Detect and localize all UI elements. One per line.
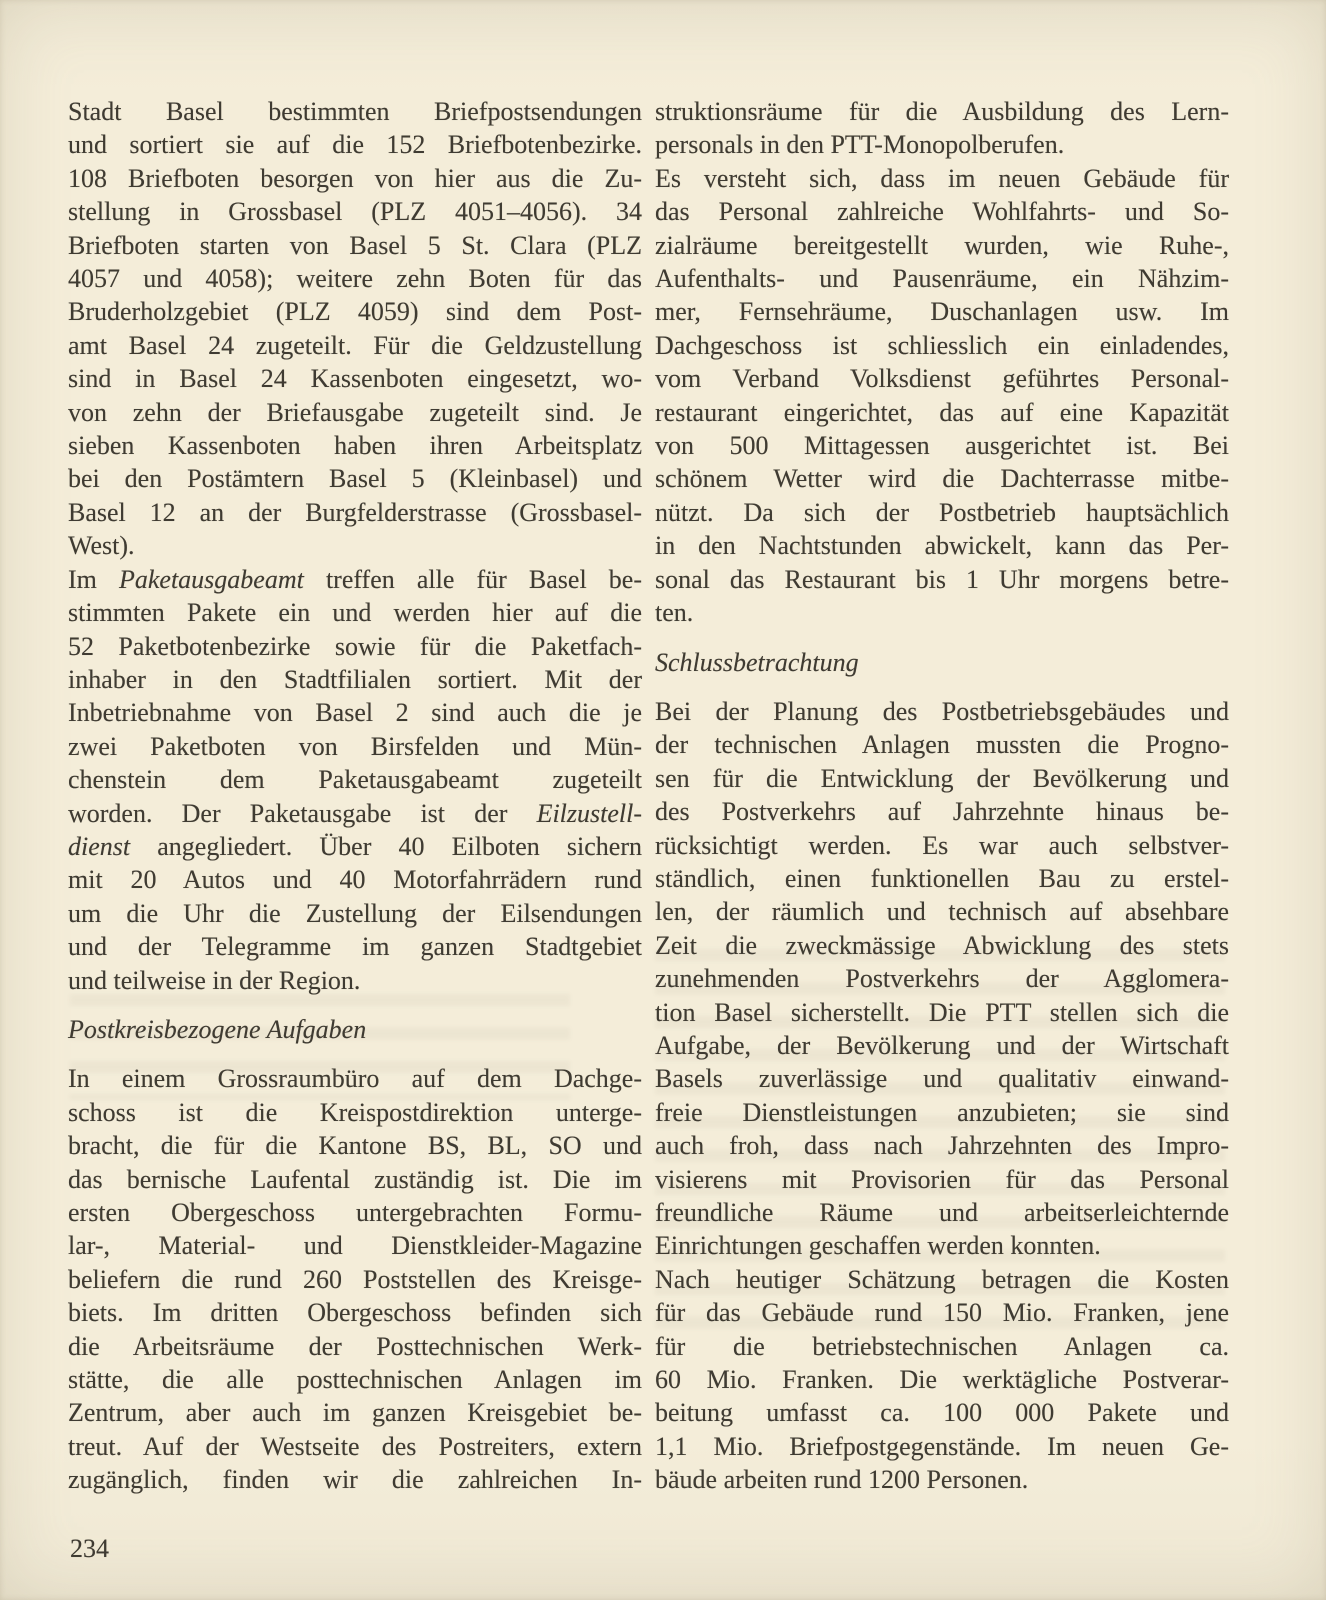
text-run: zwei Paketboten von Birsfelden und Mün- [68, 732, 642, 761]
section-heading: Postkreisbezogene Aufgaben [68, 1013, 642, 1046]
text-line: visierens mit Provisorien für das Person… [655, 1163, 1229, 1196]
text-line: zwei Paketboten von Birsfelden und Mün- [68, 730, 642, 763]
text-line: Bei der Planung des Postbetriebsgebäudes… [655, 695, 1229, 728]
text-run: in den Nachtstunden abwickelt, kann das … [655, 531, 1229, 560]
text-run: für das Gebäude rund 150 Mio. Franken, j… [655, 1298, 1229, 1327]
text-run: stellung in Grossbasel (PLZ 4051–4056). … [68, 197, 642, 226]
text-line: beliefern die rund 260 Poststellen des K… [68, 1263, 642, 1296]
text-run: 108 Briefboten besorgen von hier aus die… [68, 164, 642, 193]
text-line: dienst angegliedert. Über 40 Eilboten si… [68, 830, 642, 863]
text-run: auch froh, dass nach Jahrzehnten des Imp… [655, 1131, 1229, 1160]
text-line: West). [68, 529, 642, 562]
text-line: stätte, die alle posttechnischen Anlagen… [68, 1363, 642, 1396]
text-run: ten. [655, 598, 693, 627]
text-run: worden. Der Paketausgabe ist der [68, 799, 537, 828]
text-run: Im [68, 565, 119, 594]
text-line: inhaber in den Stadtfilialen sortiert. M… [68, 663, 642, 696]
text-run: Dachgeschoss ist schliesslich ein einlad… [655, 331, 1229, 360]
text-line: Bruderholzgebiet (PLZ 4059) sind dem Pos… [68, 295, 642, 328]
text-line: amt Basel 24 zugeteilt. Für die Geldzust… [68, 329, 642, 362]
book-page: Stadt Basel bestimmten Briefpostsendunge… [0, 0, 1326, 1600]
text-line: Im Paketausgabeamt treffen alle für Base… [68, 563, 642, 596]
text-run: des Postverkehrs auf Jahrzehnte hinaus b… [655, 797, 1229, 826]
text-run: bäude arbeiten rund 1200 Personen. [655, 1465, 1028, 1494]
text-run: Bei der Planung des Postbetriebsgebäudes… [655, 697, 1229, 726]
text-line: die Arbeitsräume der Posttechnischen Wer… [68, 1330, 642, 1363]
text-run: und teilweise in der Region. [68, 966, 360, 995]
text-run: Aufenthalts- und Pausenräume, ein Nähzim… [655, 264, 1229, 293]
text-line: Nach heutiger Schätzung betragen die Kos… [655, 1263, 1229, 1296]
text-run: restaurant eingerichtet, das auf eine Ka… [655, 398, 1229, 427]
section-heading: Schlussbetrachtung [655, 646, 1229, 679]
page-number: 234 [70, 1532, 109, 1565]
text-line: freundliche Räume und arbeitserleichtern… [655, 1196, 1229, 1229]
text-line: und teilweise in der Region. [68, 964, 642, 997]
text-line: chenstein dem Paketausgabeamt zugeteilt [68, 763, 642, 796]
text-run: von zehn der Briefausgabe zugeteilt sind… [68, 398, 642, 427]
text-run: zunehmenden Postverkehrs der Agglomera- [655, 964, 1229, 993]
text-run: stimmten Pakete ein und werden hier auf … [68, 598, 642, 627]
text-line: 4057 und 4058); weitere zehn Boten für d… [68, 262, 642, 295]
italic-run: dienst [68, 832, 130, 861]
text-run: personals in den PTT-Monopolberufen. [655, 130, 1064, 159]
text-run: beliefern die rund 260 Poststellen des K… [68, 1265, 642, 1294]
text-line: bäude arbeiten rund 1200 Personen. [655, 1463, 1229, 1496]
text-run: ersten Obergeschoss untergebrachten Form… [68, 1198, 642, 1227]
text-run: treut. Auf der Westseite des Postreiters… [68, 1432, 642, 1461]
text-run: schoss ist die Kreispostdirektion unterg… [68, 1098, 642, 1127]
text-line: Einrichtungen geschaffen werden konnten. [655, 1229, 1229, 1262]
text-line: sonal das Restaurant bis 1 Uhr morgens b… [655, 563, 1229, 596]
text-line: Es versteht sich, dass im neuen Gebäude … [655, 162, 1229, 195]
text-run: sonal das Restaurant bis 1 Uhr morgens b… [655, 565, 1229, 594]
text-line: Stadt Basel bestimmten Briefpostsendunge… [68, 95, 642, 128]
text-line: schoss ist die Kreispostdirektion unterg… [68, 1096, 642, 1129]
text-line: stimmten Pakete ein und werden hier auf … [68, 596, 642, 629]
text-run: das bernische Laufental zuständig ist. D… [68, 1165, 642, 1194]
text-line: zunehmenden Postverkehrs der Agglomera- [655, 962, 1229, 995]
text-line: für die betriebstechnischen Anlagen ca. [655, 1330, 1229, 1363]
text-line: mer, Fernsehräume, Duschanlagen usw. Im [655, 295, 1229, 328]
text-line: treut. Auf der Westseite des Postreiters… [68, 1430, 642, 1463]
text-run: mer, Fernsehräume, Duschanlagen usw. Im [655, 297, 1229, 326]
text-line: 60 Mio. Franken. Die werktägliche Postve… [655, 1363, 1229, 1396]
text-run: zugänglich, finden wir die zahlreichen I… [68, 1465, 642, 1494]
text-run: für die betriebstechnischen Anlagen ca. [655, 1332, 1229, 1361]
text-line: biets. Im dritten Obergeschoss befinden … [68, 1296, 642, 1329]
text-run: ständlich, einen funktionellen Bau zu er… [655, 864, 1229, 893]
text-run: vom Verband Volksdienst geführtes Person… [655, 364, 1229, 393]
text-line: beitung umfasst ca. 100 000 Pakete und [655, 1396, 1229, 1429]
text-run: Briefboten starten von Basel 5 St. Clara… [68, 231, 642, 260]
text-run: Zeit die zweckmässige Abwicklung des ste… [655, 931, 1229, 960]
text-line: In einem Grossraumbüro auf dem Dachge- [68, 1062, 642, 1095]
text-line: der technischen Anlagen mussten die Prog… [655, 728, 1229, 761]
text-run: sind in Basel 24 Kassenboten eingesetzt,… [68, 364, 642, 393]
text-run: um die Uhr die Zustellung der Eilsendung… [68, 899, 642, 928]
text-line: 1,1 Mio. Briefpostgegenstände. Im neuen … [655, 1430, 1229, 1463]
paragraph-gap [655, 630, 1229, 646]
italic-run: Paketausgabeamt [119, 565, 304, 594]
text-run: rücksichtigt werden. Es war auch selbstv… [655, 831, 1229, 860]
text-run: bei den Postämtern Basel 5 (Kleinbasel) … [68, 464, 642, 493]
text-run: von 500 Mittagessen ausgerichtet ist. Be… [655, 431, 1229, 460]
text-line: des Postverkehrs auf Jahrzehnte hinaus b… [655, 795, 1229, 828]
text-run: und der Telegramme im ganzen Stadtgebiet [68, 932, 642, 961]
text-run: amt Basel 24 zugeteilt. Für die Geldzust… [68, 331, 642, 360]
text-line: Zentrum, aber auch im ganzen Kreisgebiet… [68, 1396, 642, 1429]
text-run: tion Basel sicherstellt. Die PTT stellen… [655, 998, 1229, 1027]
text-line: ständlich, einen funktionellen Bau zu er… [655, 862, 1229, 895]
text-run: freundliche Räume und arbeitserleichtern… [655, 1198, 1229, 1227]
text-line: für das Gebäude rund 150 Mio. Franken, j… [655, 1296, 1229, 1329]
text-run: 60 Mio. Franken. Die werktägliche Postve… [655, 1365, 1229, 1394]
text-run: zialräume bereitgestellt wurden, wie Ruh… [655, 231, 1229, 260]
text-line: ersten Obergeschoss untergebrachten Form… [68, 1196, 642, 1229]
text-line: nützt. Da sich der Postbetrieb hauptsäch… [655, 496, 1229, 529]
text-run: schönem Wetter wird die Dachterrasse mit… [655, 464, 1229, 493]
text-line: vom Verband Volksdienst geführtes Person… [655, 362, 1229, 395]
text-line: bracht, die für die Kantone BS, BL, SO u… [68, 1129, 642, 1162]
text-line: das Personal zahlreiche Wohlfahrts- und … [655, 195, 1229, 228]
text-run: 52 Paketbotenbezirke sowie für die Paket… [68, 632, 642, 661]
text-line: zialräume bereitgestellt wurden, wie Ruh… [655, 229, 1229, 262]
paragraph-gap [68, 997, 642, 1013]
text-line: auch froh, dass nach Jahrzehnten des Imp… [655, 1129, 1229, 1162]
text-run: Einrichtungen geschaffen werden konnten. [655, 1231, 1101, 1260]
text-run: 1,1 Mio. Briefpostgegenstände. Im neuen … [655, 1432, 1229, 1461]
right-column: struktionsräume für die Ausbildung des L… [655, 95, 1229, 1497]
text-line: Aufenthalts- und Pausenräume, ein Nähzim… [655, 262, 1229, 295]
text-line: worden. Der Paketausgabe ist der Eilzust… [68, 797, 642, 830]
text-line: personals in den PTT-Monopolberufen. [655, 128, 1229, 161]
text-line: sind in Basel 24 Kassenboten eingesetzt,… [68, 362, 642, 395]
text-line: in den Nachtstunden abwickelt, kann das … [655, 529, 1229, 562]
text-run: In einem Grossraumbüro auf dem Dachge- [68, 1064, 642, 1093]
text-line: und der Telegramme im ganzen Stadtgebiet [68, 930, 642, 963]
text-run: chenstein dem Paketausgabeamt zugeteilt [68, 765, 642, 794]
text-run: bracht, die für die Kantone BS, BL, SO u… [68, 1131, 642, 1160]
text-line: struktionsräume für die Ausbildung des L… [655, 95, 1229, 128]
text-line: lar-, Material- und Dienstkleider-Magazi… [68, 1229, 642, 1262]
text-run: Stadt Basel bestimmten Briefpostsendunge… [68, 97, 642, 126]
text-line: um die Uhr die Zustellung der Eilsendung… [68, 897, 642, 930]
paragraph-gap [655, 679, 1229, 695]
paragraph-gap [68, 1046, 642, 1062]
text-line: 52 Paketbotenbezirke sowie für die Paket… [68, 630, 642, 663]
text-line: schönem Wetter wird die Dachterrasse mit… [655, 462, 1229, 495]
text-line: Briefboten starten von Basel 5 St. Clara… [68, 229, 642, 262]
text-line: sen für die Entwicklung der Bevölkerung … [655, 762, 1229, 795]
text-run: nützt. Da sich der Postbetrieb hauptsäch… [655, 498, 1229, 527]
text-line: tion Basel sicherstellt. Die PTT stellen… [655, 996, 1229, 1029]
text-run: Aufgabe, der Bevölkerung und der Wirtsch… [655, 1031, 1229, 1060]
text-run: mit 20 Autos und 40 Motorfahrrädern rund [68, 865, 642, 894]
text-run: der technischen Anlagen mussten die Prog… [655, 730, 1229, 759]
text-line: stellung in Grossbasel (PLZ 4051–4056). … [68, 195, 642, 228]
text-line: Dachgeschoss ist schliesslich ein einlad… [655, 329, 1229, 362]
text-line: Basels zuverlässige und qualitativ einwa… [655, 1062, 1229, 1095]
text-line: bei den Postämtern Basel 5 (Kleinbasel) … [68, 462, 642, 495]
text-run: struktionsräume für die Ausbildung des L… [655, 97, 1229, 126]
text-line: Inbetriebnahme von Basel 2 sind auch die… [68, 696, 642, 729]
text-line: das bernische Laufental zuständig ist. D… [68, 1163, 642, 1196]
text-run: freie Dienstleistungen anzubieten; sie s… [655, 1098, 1229, 1127]
text-run: Basels zuverlässige und qualitativ einwa… [655, 1064, 1229, 1093]
text-run: inhaber in den Stadtfilialen sortiert. M… [68, 665, 642, 694]
text-line: 108 Briefboten besorgen von hier aus die… [68, 162, 642, 195]
text-run: beitung umfasst ca. 100 000 Pakete und [655, 1398, 1229, 1427]
text-run: Basel 12 an der Burgfelderstrasse (Gross… [68, 498, 642, 527]
text-line: zugänglich, finden wir die zahlreichen I… [68, 1463, 642, 1496]
text-run: Es versteht sich, dass im neuen Gebäude … [655, 164, 1229, 193]
text-line: freie Dienstleistungen anzubieten; sie s… [655, 1096, 1229, 1129]
text-line: rücksichtigt werden. Es war auch selbstv… [655, 829, 1229, 862]
text-run: angegliedert. Über 40 Eilboten sichern [130, 832, 642, 861]
text-line: Zeit die zweckmässige Abwicklung des ste… [655, 929, 1229, 962]
text-line: len, der räumlich und technisch auf abse… [655, 895, 1229, 928]
text-run: visierens mit Provisorien für das Person… [655, 1165, 1229, 1194]
text-run: sen für die Entwicklung der Bevölkerung … [655, 764, 1229, 793]
left-column: Stadt Basel bestimmten Briefpostsendunge… [68, 95, 642, 1497]
text-run: und sortiert sie auf die 152 Briefbotenb… [68, 130, 642, 159]
italic-run: Eilzustell- [537, 799, 642, 828]
text-run: len, der räumlich und technisch auf abse… [655, 897, 1229, 926]
text-run: 4057 und 4058); weitere zehn Boten für d… [68, 264, 642, 293]
text-line: ten. [655, 596, 1229, 629]
text-run: biets. Im dritten Obergeschoss befinden … [68, 1298, 642, 1327]
text-run: das Personal zahlreiche Wohlfahrts- und … [655, 197, 1229, 226]
text-run: treffen alle für Basel be- [304, 565, 642, 594]
text-run: West). [68, 531, 135, 560]
text-line: Aufgabe, der Bevölkerung und der Wirtsch… [655, 1029, 1229, 1062]
text-run: die Arbeitsräume der Posttechnischen Wer… [68, 1332, 642, 1361]
text-run: Inbetriebnahme von Basel 2 sind auch die… [68, 698, 642, 727]
text-line: von zehn der Briefausgabe zugeteilt sind… [68, 396, 642, 429]
text-run: Zentrum, aber auch im ganzen Kreisgebiet… [68, 1398, 642, 1427]
text-line: mit 20 Autos und 40 Motorfahrrädern rund [68, 863, 642, 896]
text-run: lar-, Material- und Dienstkleider-Magazi… [68, 1231, 642, 1260]
text-line: sieben Kassenboten haben ihren Arbeitspl… [68, 429, 642, 462]
text-line: restaurant eingerichtet, das auf eine Ka… [655, 396, 1229, 429]
text-run: Nach heutiger Schätzung betragen die Kos… [655, 1265, 1229, 1294]
text-run: Bruderholzgebiet (PLZ 4059) sind dem Pos… [68, 297, 642, 326]
text-line: von 500 Mittagessen ausgerichtet ist. Be… [655, 429, 1229, 462]
text-run: sieben Kassenboten haben ihren Arbeitspl… [68, 431, 642, 460]
text-line: und sortiert sie auf die 152 Briefbotenb… [68, 128, 642, 161]
text-line: Basel 12 an der Burgfelderstrasse (Gross… [68, 496, 642, 529]
text-run: stätte, die alle posttechnischen Anlagen… [68, 1365, 642, 1394]
